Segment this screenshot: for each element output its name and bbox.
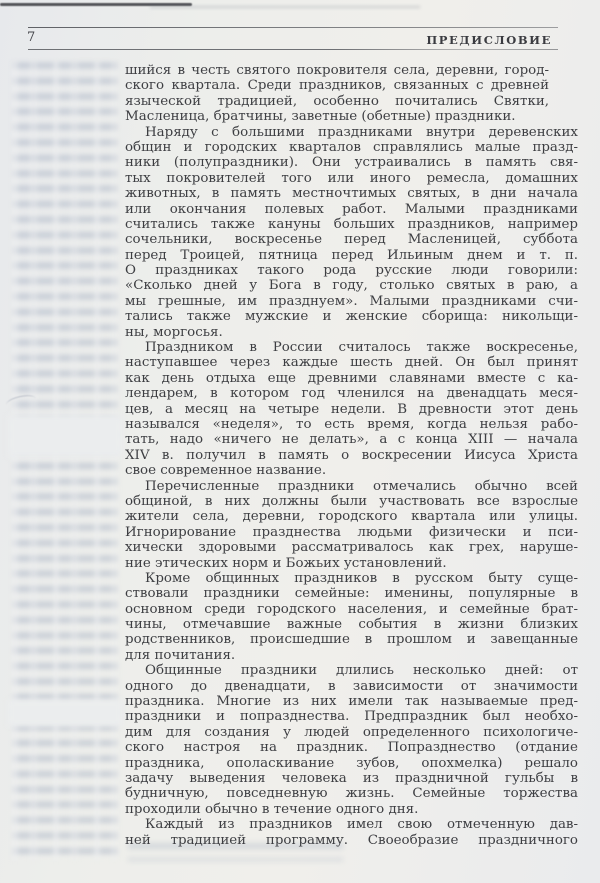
text-line: основном среди городского населения, и с… [125,602,578,617]
text-line: Перечисленные праздники отмечались обычн… [125,479,578,494]
text-line: праздника. Многие из них имели так назыв… [125,694,578,709]
paragraph: Каждый из праздников имел свою отмеченну… [125,817,578,848]
scan-edge-shadow-soft [150,6,420,8]
paragraph: Кроме общинных праздников в русском быту… [125,571,578,663]
paragraph: Праздником в России считалось также воск… [125,340,578,479]
bleed-through-left-margin [12,62,118,860]
paragraph: Общинные праздники длились несколько дне… [125,663,578,817]
text-line: ского настроя на праздник. Попразднество… [125,740,578,755]
text-line: сочельники, воскресенье перед Масленицей… [125,232,578,247]
text-line: чины, отмечавшие важные события в жизни … [125,617,578,632]
page-number: 7 [27,30,35,45]
text-line: задачу выведения человека из праздничной… [125,771,578,786]
text-line: одного до двенадцати, в зависимости от з… [125,679,578,694]
paragraph: Перечисленные праздники отмечались обычн… [125,479,578,571]
text-line: XIV в. получил в память о воскресении Ии… [125,448,578,463]
text-line: Наряду с большими праздниками внутри дер… [125,125,578,140]
bleed-through-gap [8,700,122,726]
text-line: ней традицией программу. Своеобразие пра… [125,833,578,848]
text-line: как день отдыха еще древними славянами в… [125,371,578,386]
text-line: перед Троицей, пятница перед Ильиным дне… [125,248,578,263]
text-line: наступавшее через каждые шесть дней. Он … [125,355,578,370]
text-line: считались также кануны больших празднико… [125,217,578,232]
text-line: свое современное название. [125,463,578,478]
header-rule-top [28,27,558,28]
text-line: жители села, деревни, городского квартал… [125,509,578,524]
text-line: ского квартала. Среди праздников, связан… [125,78,549,93]
text-line: праздника, ополаскивание зубов, опохмелк… [125,756,578,771]
text-line: проходили обычно в течение одного дня. [125,802,578,817]
text-line: тались также мужские и женские сборища: … [125,309,578,324]
header-rule-bottom [28,49,558,50]
text-line: Общинные праздники длились несколько дне… [125,663,578,678]
text-line: Игнорирование празднества людьми физичес… [125,525,578,540]
text-line: Праздником в России считалось также воск… [125,340,578,355]
text-line: Кроме общинных праздников в русском быту… [125,571,578,586]
text-line: «Сколько дней у Бога в году, столько свя… [125,278,578,293]
text-line: Масленица, братчины, заветные (обетные) … [125,109,549,124]
paragraph: шийся в честь святого покровителя села, … [125,63,549,125]
text-line: тать, надо «ничего не делать», а с конца… [125,432,578,447]
text-line: или окончания полевых работ. Малыми праз… [125,202,578,217]
text-line: лендарем, в котором год членился на двен… [125,386,578,401]
text-line: ние этических норм и Божьих установлений… [125,556,578,571]
text-line: родственников, происшедшие в прошлом и з… [125,632,578,647]
body-text: шийся в честь святого покровителя села, … [125,63,578,848]
text-line: ники (полупраздники). Они устраивались в… [125,155,578,170]
text-line: цев, а месяц на четыре недели. В древнос… [125,402,578,417]
text-line: языческой традицией, особенно почитались… [125,94,549,109]
text-line: праздники и попразднества. Предпраздник … [125,709,578,724]
paragraph: Наряду с большими праздниками внутри дер… [125,125,578,340]
text-line: животных, в память местночтимых святых, … [125,186,578,201]
text-line: ствовали праздники семейные: именины, по… [125,586,578,601]
book-page: 7 ПРЕДИСЛОВИЕ шийся в честь святого покр… [0,0,600,883]
text-line: будничную, повседневную жизнь. Семейные … [125,786,578,801]
text-line: дим для создания у людей определенного п… [125,725,578,740]
text-line: О праздниках такого рода русские люди го… [125,263,578,278]
text-line: для почитания. [125,648,578,663]
text-line: шийся в честь святого покровителя села, … [125,63,549,78]
text-line: общин и городских кварталов справлялись … [125,140,578,155]
text-line: тых покровителей того или иного ремесла,… [125,171,578,186]
text-line: общиной, в них должны были участвовать в… [125,494,578,509]
bleed-through-gap [8,415,122,457]
header-title: ПРЕДИСЛОВИЕ [426,33,552,47]
text-line: назывался «неделя», то есть время, когда… [125,417,578,432]
text-line: ны, моргосья. [125,325,578,340]
text-line: Каждый из праздников имел свою отмеченну… [125,817,578,832]
text-line: хически здоровыми рассматривалось как гр… [125,540,578,555]
text-line: мы грешные, им празднуем». Малыми праздн… [125,294,578,309]
